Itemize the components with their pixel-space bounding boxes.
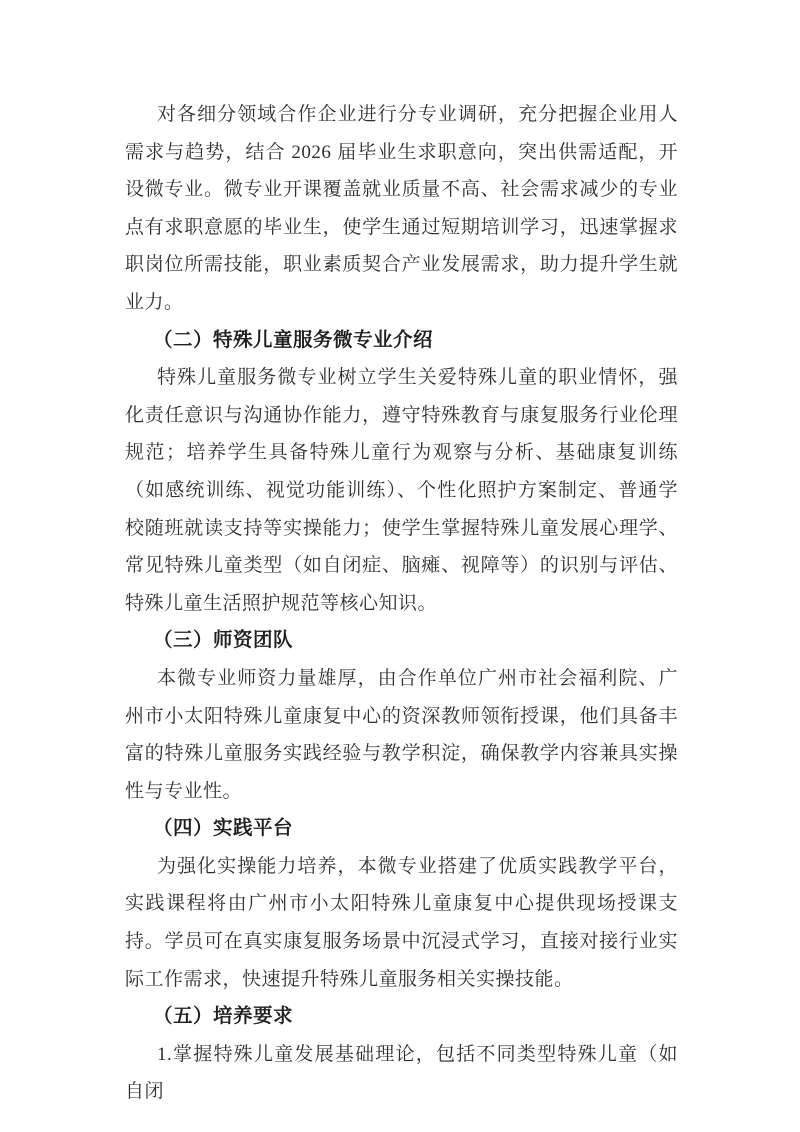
paragraph-micro-major-overview: 对各细分领域合作企业进行分专业调研，充分把握企业用人需求与趋势，结合 2026 … [125,96,678,322]
section-heading-2-intro: （二）特殊儿童服务微专业介绍 [125,322,678,360]
document-page: 对各细分领域合作企业进行分专业调研，充分把握企业用人需求与趋势，结合 2026 … [0,0,800,1132]
paragraph-special-children-intro: 特殊儿童服务微专业树立学生关爱特殊儿童的职业情怀，强化责任意识与沟通协作能力，遵… [125,359,678,622]
paragraph-practice-platform: 为强化实操能力培养，本微专业搭建了优质实践教学平台，实践课程将由广州市小太阳特殊… [125,848,678,998]
paragraph-training-requirement-1: 1.掌握特殊儿童发展基础理论，包括不同类型特殊儿童（如自闭 [125,1036,678,1111]
section-heading-5-training-requirements: （五）培养要求 [125,998,678,1036]
paragraph-faculty-team: 本微专业师资力量雄厚，由合作单位广州市社会福利院、广州市小太阳特殊儿童康复中心的… [125,660,678,810]
section-heading-4-practice-platform: （四）实践平台 [125,810,678,848]
section-heading-3-faculty: （三）师资团队 [125,622,678,660]
document-content: 对各细分领域合作企业进行分专业调研，充分把握企业用人需求与趋势，结合 2026 … [125,96,678,1111]
